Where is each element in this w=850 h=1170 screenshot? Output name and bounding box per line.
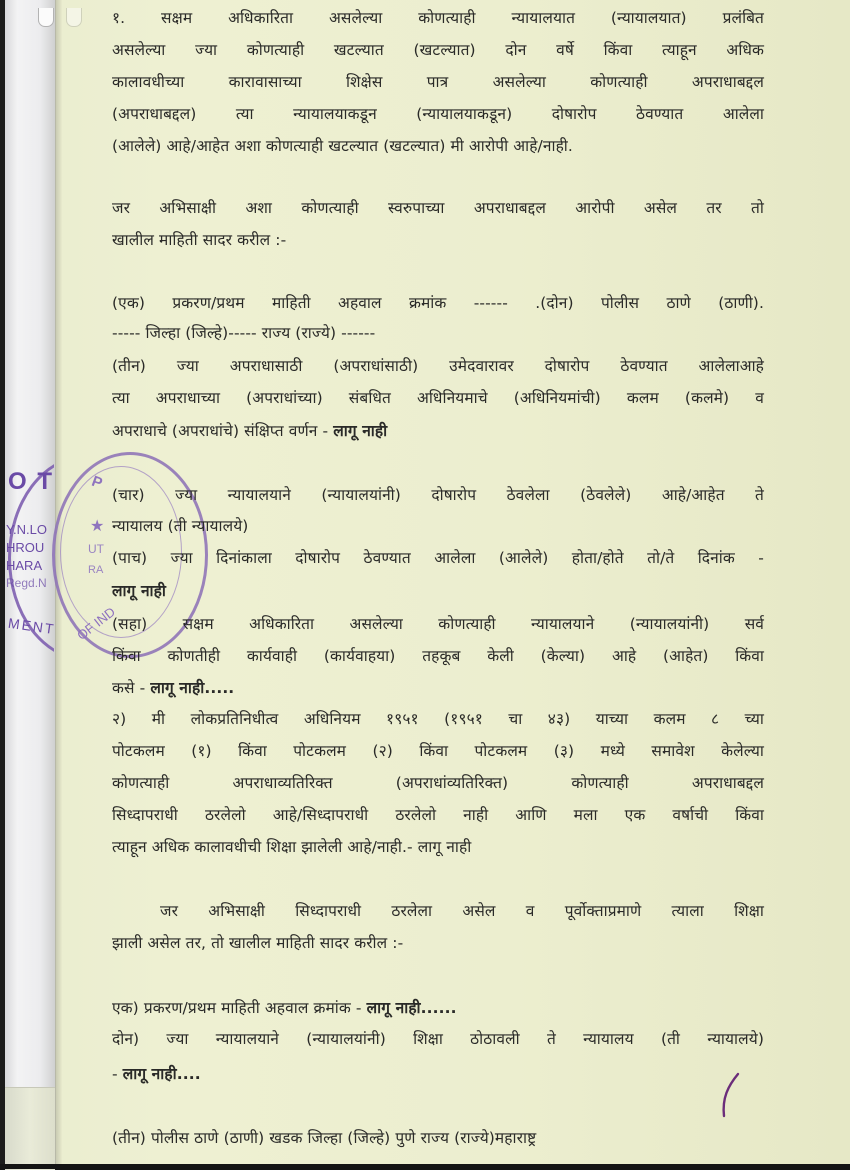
text-line: - लागू नाही.... (112, 1063, 764, 1085)
field-label: अपराधाचे (अपराधांचे) संक्षिप्त वर्णन - (112, 422, 333, 440)
text-line: जर अभिसाक्षी अशा कोणत्याही स्वरुपाच्या अ… (112, 197, 764, 219)
text-line: १. सक्षम अधिकारिता असलेल्या कोणत्याही न्… (112, 7, 764, 29)
text-line: न्यायालय (ती न्यायालये) (112, 515, 764, 537)
text-line: कालावधीच्या कारावासाच्या शिक्षेस पात्र अ… (112, 71, 764, 93)
text-line: (तीन) ज्या अपराधासाठी (अपराधांसाठी) उमेद… (112, 355, 764, 377)
field-answer: लागू नाही...... (367, 999, 457, 1017)
text-line: सिध्दापराधी ठरलेलो आहे/सिध्दापराधी ठरलेल… (112, 804, 764, 826)
text-line: ----- जिल्हा (जिल्हे)----- राज्य (राज्ये… (112, 322, 764, 344)
text-line: त्या अपराधाच्या (अपराधांच्या) संबधित अधि… (112, 387, 764, 409)
text-line: खालील माहिती सादर करील :- (112, 229, 764, 251)
text-line: झाली असेल तर, तो खालील माहिती सादर करील … (112, 932, 764, 954)
field-label: - (112, 1065, 123, 1083)
text-line: असलेल्या ज्या कोणत्याही खटल्यात (खटल्यात… (112, 39, 764, 61)
text-line: कोणत्याही अपराधाव्यतिरिक्त (अपराधांव्यति… (112, 772, 764, 794)
text-line: एक) प्रकरण/प्रथम माहिती अहवाल क्रमांक - … (112, 997, 764, 1019)
text-line: कसे - लागू नाही..... (112, 677, 764, 699)
field-answer: लागू नाही (112, 580, 764, 602)
text-line: जर अभिसाक्षी सिध्दापराधी ठरलेला असेल व प… (160, 900, 764, 922)
text-line: २) मी लोकप्रतिनिधीत्व अधिनियम १९५१ (१९५१… (112, 708, 764, 730)
text-line: अपराधाचे (अपराधांचे) संक्षिप्त वर्णन - ल… (112, 420, 764, 442)
text-line: किंवा कोणतीही कार्यवाही (कार्यवाहया) तहक… (112, 645, 764, 667)
text-line: (अपराधाबद्दल) त्या न्यायालयाकडून (न्याया… (112, 103, 764, 125)
field-answer: लागू नाही.... (123, 1065, 201, 1083)
handwritten-mark-icon (718, 1072, 742, 1120)
text-line: (तीन) पोलीस ठाणे (ठाणी) खडक जिल्हा (जिल्… (112, 1127, 764, 1149)
text-line: पोटकलम (१) किंवा पोटकलम (२) किंवा पोटकलम… (112, 740, 764, 762)
text-line: (आलेले) आहे/आहेत अशा कोणत्याही खटल्यात (… (112, 135, 764, 157)
text-line: त्याहून अधिक कालावधीची शिक्षा झालेली आहे… (112, 836, 764, 858)
field-label: एक) प्रकरण/प्रथम माहिती अहवाल क्रमांक - (112, 999, 367, 1017)
field-label: कसे - (112, 679, 150, 697)
field-answer: लागू नाही..... (150, 679, 234, 697)
text-line: दोन) ज्या न्यायालयाने (न्यायालयांनी) शिक… (112, 1028, 764, 1050)
text-line: (चार) ज्या न्यायालयाने (न्यायालयांनी) दो… (112, 484, 764, 506)
text-line: (सहा) सक्षम अधिकारिता असलेल्या कोणत्याही… (112, 613, 764, 635)
text-line: (एक) प्रकरण/प्रथम माहिती अहवाल क्रमांक -… (112, 292, 764, 314)
field-answer: लागू नाही (333, 422, 387, 440)
document-body: १. सक्षम अधिकारिता असलेल्या कोणत्याही न्… (0, 0, 850, 1169)
text-line: (पाच) ज्या दिनांकाला दोषारोप ठेवण्यात आल… (112, 547, 764, 569)
